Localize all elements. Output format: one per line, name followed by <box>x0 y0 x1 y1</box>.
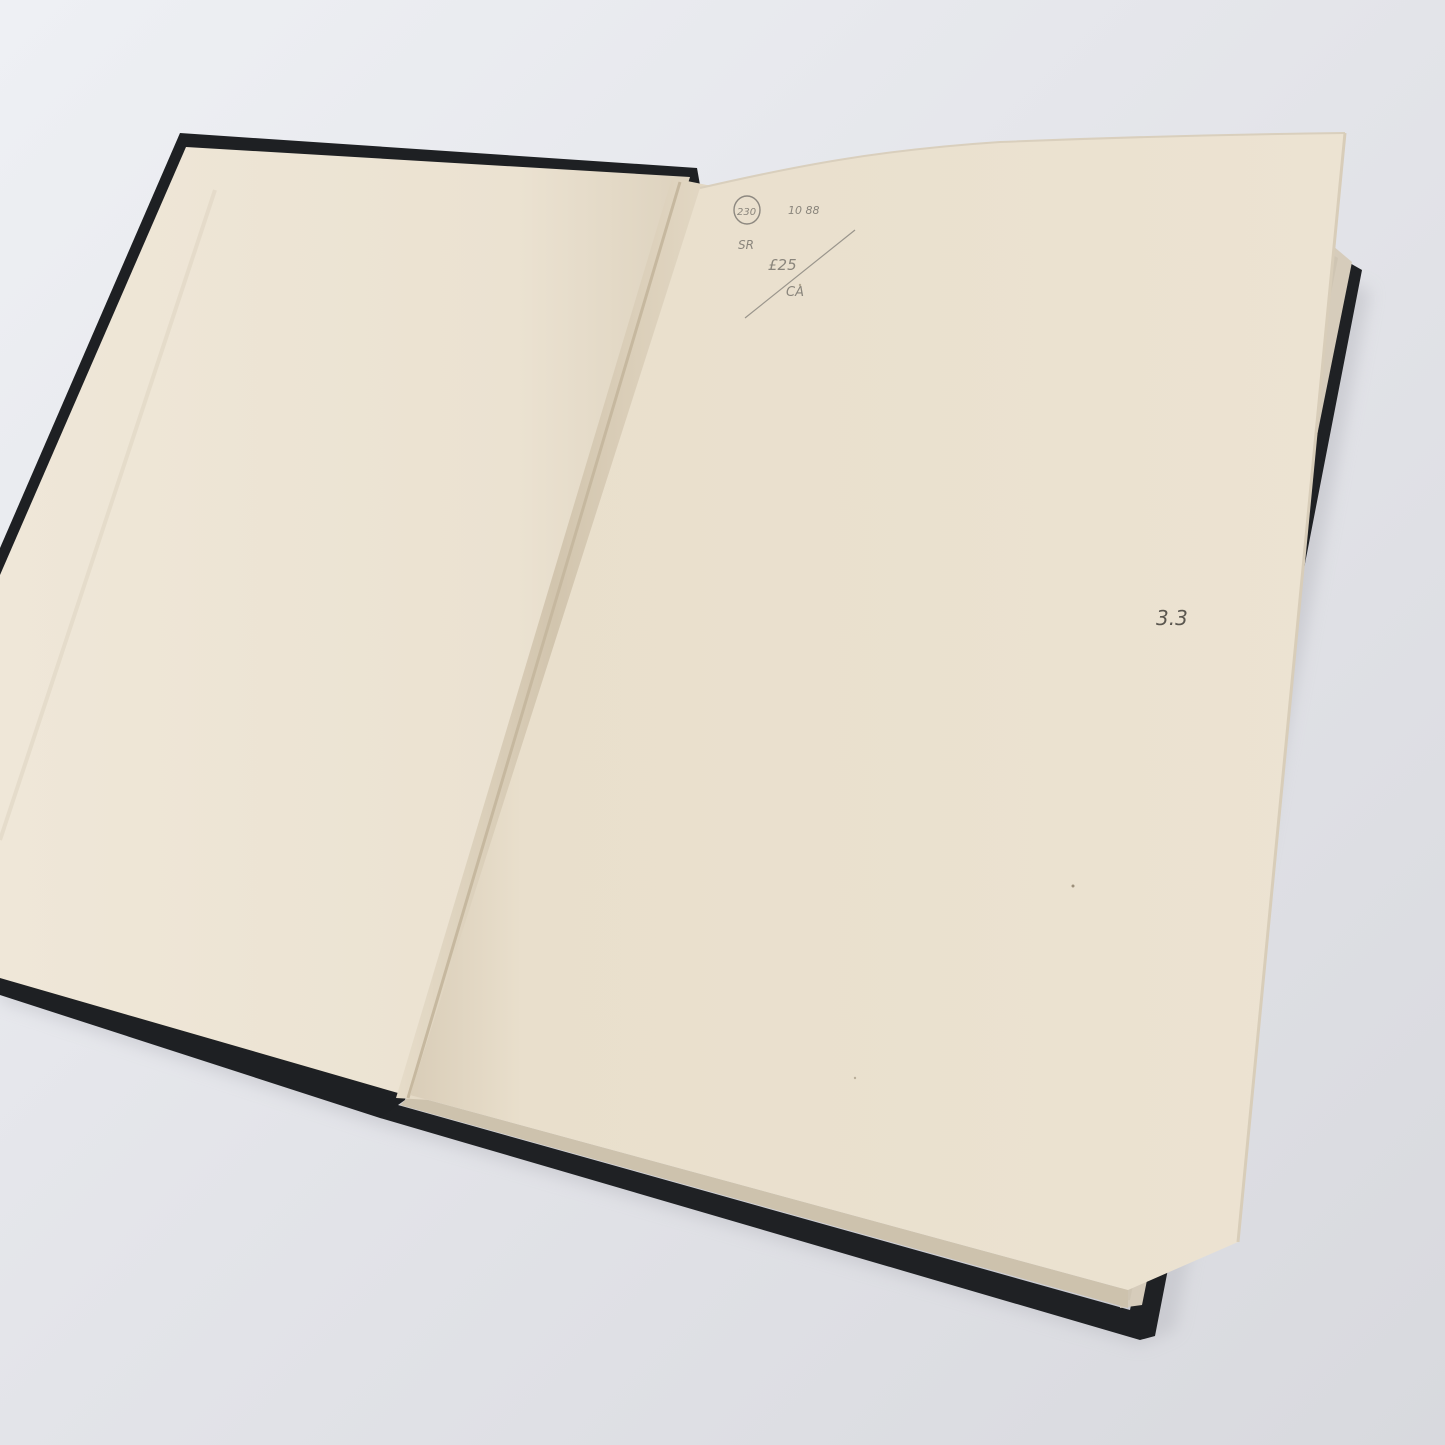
paper-speck <box>799 284 801 286</box>
book-photo: 230 10 88 SR £25 CA 3.3 <box>0 0 1445 1445</box>
note-initials: SR <box>738 238 754 252</box>
note-price: £25 <box>768 256 797 274</box>
note-circled-number: 230 <box>737 207 756 218</box>
paper-speck <box>1072 885 1075 888</box>
note-date: 10 88 <box>788 204 820 217</box>
paper-speck <box>854 1077 856 1079</box>
note-code: CA <box>786 285 804 300</box>
note-page-number: 3.3 <box>1156 606 1188 630</box>
